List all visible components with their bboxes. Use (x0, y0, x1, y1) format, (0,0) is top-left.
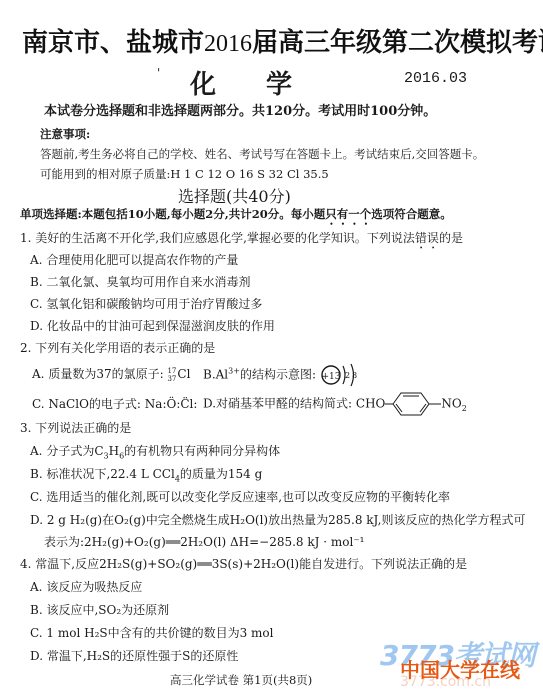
question-4-option-b: B. 该反应中,SO₂为还原剂 (30, 601, 169, 618)
exam-page: 南京市、盐城市2016届高三年级第二次模拟考试 ' 化学 2016.03 本试卷… (0, 0, 543, 690)
question-1-option-d: D. 化妆品中的甘油可起到保湿滋润皮肤的作用 (30, 317, 275, 334)
question-1-option-a: A. 合理使用化肥可以提高农作物的产量 (30, 251, 238, 268)
atomic-masses: 可能用到的相对原子质量:H 1 C 12 O 16 S 32 Cl 35.5 (40, 166, 329, 182)
notice-text: 答题前,考生务必将自己的学校、姓名、考试号写在答题卡上。考试结束后,交回答题卡。 (40, 146, 484, 162)
exam-date: 2016.03 (404, 70, 467, 87)
question-2-option-b: B.Al3+的结构示意图: +13 2 8 (203, 362, 366, 388)
section-title: 选择题(共40分) (178, 184, 291, 207)
title-year: 2016 (204, 31, 252, 57)
question-3-option-b: B. 标准状况下,22.4 L CCl4的质量为154 g (30, 465, 262, 483)
subject-title: 化学 (190, 64, 342, 101)
title-rest: 届高三年级第二次模拟考试 (252, 28, 543, 58)
benzene-ring-icon (385, 391, 441, 417)
section-instructions: 单项选择题:本题包括10小题,每小题2分,共计20分。每小题只有一个选项符合题意… (20, 206, 452, 228)
question-4-option-a: A. 该反应为吸热反应 (30, 578, 142, 595)
question-4-option-d: D. 常温下,H₂S的还原性强于S的还原性 (30, 647, 238, 664)
emphasis-only-one: 只有一个 (325, 207, 371, 221)
question-3-stem: 3. 下列说法正确的是 (20, 419, 131, 436)
watermark-cn-univ: 中国大学在线 (400, 654, 520, 683)
emphasis-wrong: 错误 (415, 231, 439, 245)
svg-text:8: 8 (352, 371, 357, 380)
title-cities: 南京市、盐城市 (22, 28, 204, 58)
question-2-option-c: C. NaClO的电子式: Na:Ö:C̈l: (32, 395, 197, 412)
question-3-option-a: A. 分子式为C3H6的有机物只有两种同分异构体 (30, 442, 280, 460)
svg-text:+13: +13 (321, 372, 340, 382)
page-footer: 高三化学试卷 第1页(共8页) (170, 672, 312, 688)
exam-summary: 本试卷分选择题和非选择题两部分。共120分。考试用时100分钟。 (44, 100, 436, 119)
exam-title: 南京市、盐城市2016届高三年级第二次模拟考试 (22, 22, 543, 59)
notice-heading: 注意事项: (40, 126, 90, 142)
naclo-electron-formula: Na:Ö:C̈l: (145, 397, 198, 411)
question-3-option-d-continuation: 表示为:2H₂(g)+O₂(g)══2H₂O(l) ΔH=−285.8 kJ ·… (44, 533, 364, 550)
question-2-option-d: D.对硝基苯甲醛的结构简式: CHO NO2 (203, 391, 467, 417)
stray-mark: ' (157, 66, 160, 80)
al-ion-structure-diagram-icon: +13 2 8 (320, 362, 366, 388)
question-3-option-c: C. 选用适当的催化剂,既可以改变化学反应速率,也可以改变反应物的平衡转化率 (30, 488, 450, 505)
question-3-option-d: D. 2 g H₂(g)在O₂(g)中完全燃烧生成H₂O(l)放出热量为285.… (30, 511, 525, 528)
question-2-option-a: A. 质量数为37的氯原子: 1737Cl (32, 365, 190, 383)
question-1-option-b: B. 二氧化氯、臭氧均可用作自来水消毒剂 (30, 273, 250, 290)
question-4-stem: 4. 常温下,反应2H₂S(g)+SO₂(g)══3S(s)+2H₂O(l)能自… (20, 555, 467, 572)
isotope-numbers: 1737 (167, 367, 176, 383)
question-2-stem: 2. 下列有关化学用语的表示正确的是 (20, 339, 215, 356)
question-1-option-c: C. 氢氧化铝和碳酸钠均可用于治疗胃酸过多 (30, 295, 262, 312)
svg-text:2: 2 (345, 371, 350, 380)
question-4-option-c: C. 1 mol H₂S中含有的共价键的数目为3 mol (30, 624, 274, 641)
watermark-logo: 3773考试网 3773.com.cn 中国大学在线 (380, 634, 530, 674)
question-1-stem: 1. 美好的生活离不开化学,我们应感恩化学,掌握必要的化学知识。下列说法错误的是 (20, 229, 463, 252)
